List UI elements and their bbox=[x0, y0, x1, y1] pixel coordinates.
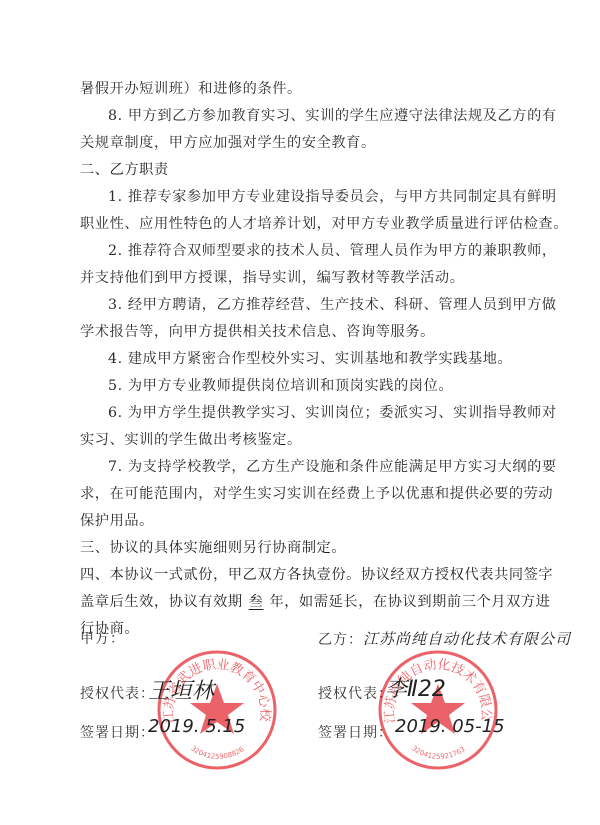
validity-years-value: 叁 bbox=[243, 594, 270, 610]
party-b-label: 乙方：江苏尚纯自动化技术有限公司 bbox=[318, 628, 571, 649]
paragraph-line: 学术报告等，向甲方提供相关技术信息、咨询等服务。 bbox=[80, 323, 520, 341]
party-a-rep-signature: 王垣林 bbox=[148, 674, 214, 705]
party-b-rep-label: 授权代表： bbox=[318, 683, 393, 703]
svg-text:3204125921763: 3204125921763 bbox=[410, 744, 466, 761]
party-b-name-handwritten: 江苏尚纯自动化技术有限公司 bbox=[363, 630, 571, 648]
party-b-date-value: 2019. 05-15 bbox=[395, 716, 505, 737]
paragraph-line: 1. 推荐专家参加甲方专业建设指导委员会，与甲方共同制定具有鲜明 bbox=[108, 188, 548, 206]
paragraph-line: 保护用品。 bbox=[80, 512, 520, 530]
paragraph-line: 8. 甲方到乙方参加教育实习、实训的学生应遵守法律法规及乙方的有 bbox=[108, 107, 548, 125]
paragraph-line: 暑假开办短训班）和进修的条件。 bbox=[80, 80, 520, 98]
section-heading: 二、乙方职责 bbox=[80, 161, 520, 179]
section-heading: 三、协议的具体实施细则另行协商制定。 bbox=[80, 539, 520, 557]
paragraph-line: 3. 经甲方聘请，乙方推荐经营、生产技术、科研、管理人员到甲方做 bbox=[108, 296, 548, 314]
paragraph-line: 5. 为甲方专业教师提供岗位培训和顶岗实践的岗位。 bbox=[108, 377, 548, 395]
party-b-seal-icon: 江苏尚纯自动化技术有限公司 3204125921763 bbox=[376, 648, 500, 772]
clause-text: 年，如需延长，在协议到期前三个月双方进 bbox=[269, 594, 550, 610]
paragraph-line: 并支持他们到甲方授课，指导实训，编写教材等教学活动。 bbox=[80, 269, 520, 287]
svg-text:3204125908826: 3204125908826 bbox=[189, 744, 246, 761]
paragraph-line: 实习、实训的学生做出考核鉴定。 bbox=[80, 431, 520, 449]
section-heading: 四、本协议一式贰份，甲乙双方各执壹份。协议经双方授权代表共同签字 bbox=[80, 566, 520, 584]
party-a-seal-icon: 江苏省武进职业教育中心校 3204125908826 bbox=[155, 648, 279, 772]
paragraph-line: 关规章制度，甲方应加强对学生的安全教育。 bbox=[80, 134, 520, 152]
party-a-date-label: 签署日期： bbox=[80, 722, 155, 742]
party-a-label: 甲方： bbox=[80, 628, 125, 648]
clause-text: 盖章后生效，协议有效期 bbox=[80, 594, 243, 610]
paragraph-line: 6. 为甲方学生提供教学实习、实训岗位；委派实习、实训指导教师对 bbox=[108, 404, 548, 422]
paragraph-line: 2. 推荐符合双师型要求的技术人员、管理人员作为甲方的兼职教师， bbox=[108, 242, 548, 260]
paragraph-line: 7. 为支持学校教学，乙方生产设施和条件应能满足甲方实习大纲的要 bbox=[108, 458, 548, 476]
party-b-date-label: 签署日期： bbox=[318, 722, 393, 742]
party-a-date-value: 2019. 5.15 bbox=[148, 716, 245, 737]
party-b-rep-signature: 李Ⅱ22 bbox=[385, 672, 446, 703]
party-a-rep-label: 授权代表： bbox=[80, 683, 155, 703]
paragraph-line: 职业性、应用性特色的人才培养计划，对甲方专业教学质量进行评估检查。 bbox=[80, 215, 520, 233]
paragraph-line: 4. 建成甲方紧密合作型校外实习、实训基地和教学实践基地。 bbox=[108, 350, 548, 368]
document-page: 暑假开办短训班）和进修的条件。 8. 甲方到乙方参加教育实习、实训的学生应遵守法… bbox=[0, 0, 600, 825]
party-b-label-text: 乙方： bbox=[318, 632, 363, 648]
paragraph-line: 求，在可能范围内，对学生实习实训在经费上予以优惠和提供必要的劳动 bbox=[80, 485, 520, 503]
paragraph-line: 盖章后生效，协议有效期叁年，如需延长，在协议到期前三个月双方进 bbox=[80, 593, 520, 611]
